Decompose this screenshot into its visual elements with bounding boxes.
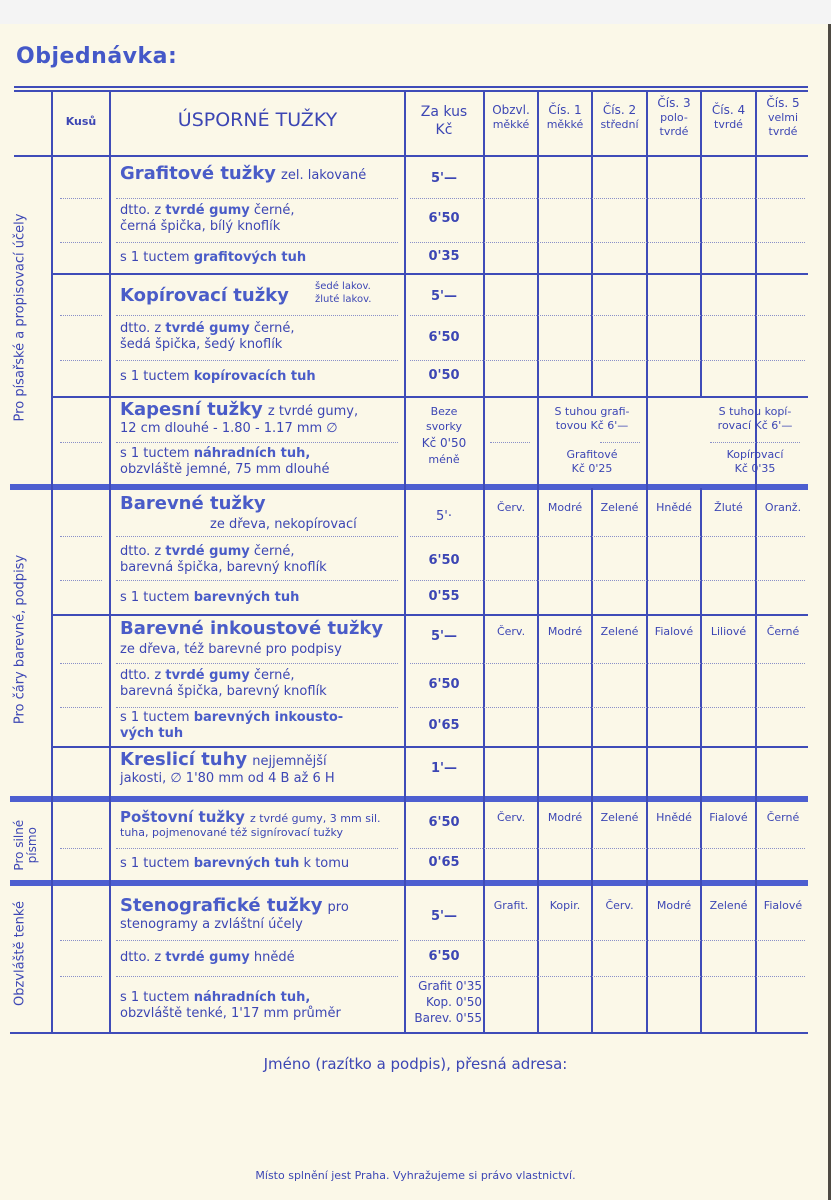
price: 0'65 (405, 856, 483, 871)
qty-input-kopirovaci[interactable] (53, 276, 108, 395)
col-rule (591, 92, 593, 396)
color-label: Zelené (701, 900, 756, 913)
section-rule (52, 746, 808, 748)
graphite-lead-note: S tuhou grafi-tovou Kč 6'— (538, 405, 646, 434)
form-title: Objednávka: (16, 44, 177, 69)
section-rule (52, 614, 808, 616)
product-variant: dtto. z tvrdé gumy hnědé (120, 950, 295, 966)
qty-input-stenograficke[interactable] (53, 887, 108, 1031)
section-rule (52, 396, 808, 398)
group-label-thin: Obzvláště tenké (13, 879, 28, 1029)
price: 6'50 (405, 950, 483, 965)
copy-refill-price: KopírovacíKč 0'35 (701, 448, 809, 477)
color-label: Hnědé (647, 502, 701, 515)
color-label: Modré (538, 502, 592, 515)
qty-input-barevne[interactable] (53, 491, 108, 613)
price: 5'— (405, 630, 483, 645)
color-label: Žluté (701, 502, 756, 515)
product-refill: s 1 tuctem barevných tuh k tomu (120, 856, 349, 872)
price: 5'· (405, 510, 483, 525)
color-label: Zelené (592, 812, 647, 825)
group-rule (10, 880, 808, 886)
product-grafitove: Grafitové tužky zel. lakované (120, 164, 366, 185)
copy-lead-note: S tuhou kopí-rovací Kč 6'— (701, 405, 809, 434)
color-label: Oranž. (756, 502, 810, 515)
group-label-colored: Pro čáry barevné, podpisy (13, 510, 28, 770)
color-label: Černé (756, 626, 810, 639)
price: 6'50 (405, 554, 483, 569)
product-refill: s 1 tuctem barevných tuh (120, 590, 299, 606)
top-rule (14, 86, 808, 88)
price: 5'— (405, 172, 483, 187)
product-variant: dtto. z tvrdé gumy černé, černá špička, … (120, 203, 295, 236)
color-label: Fialové (647, 626, 701, 639)
price-note: BezesvorkyKč 0'50méně (405, 404, 483, 467)
price: 6'50 (405, 816, 483, 831)
col-rule (646, 92, 648, 1032)
header-grade-3: Čís. 3polo-tvrdé (647, 96, 701, 139)
price: 0'65 (405, 719, 483, 734)
address-label: Jméno (razítko a podpis), přesná adresa: (0, 1056, 831, 1073)
product-inkoustove: Barevné inkoustové tužky (120, 619, 383, 640)
price: 0'55 (405, 590, 483, 605)
product-refill: s 1 tuctem kopírovacích tuh (120, 369, 316, 385)
price: 6'50 (405, 331, 483, 346)
color-label: Liliové (701, 626, 756, 639)
color-label: Modré (647, 900, 701, 913)
product-kreslici: Kreslicí tuhy nejjemnější jakosti, ∅ 1'8… (120, 750, 335, 787)
product-note: ze dřeva, nekopírovací (210, 517, 357, 533)
col-rule (537, 92, 539, 1032)
product-note: ze dřeva, též barevné pro podpisy (120, 642, 342, 658)
color-label: Červ. (592, 900, 647, 913)
header-qty: Kusů (52, 115, 110, 129)
group-label-strong: Pro silnépísmo (13, 807, 39, 883)
price: 6'50 (405, 212, 483, 227)
color-label: Fialové (701, 812, 756, 825)
section-rule (52, 273, 808, 275)
col-rule (109, 92, 111, 1032)
color-label: Modré (538, 812, 592, 825)
price: 1'— (405, 762, 483, 777)
color-label: Zelené (592, 626, 647, 639)
product-variant: dtto. z tvrdé gumy černé, barevná špička… (120, 544, 327, 577)
product-refill: s 1 tuctem náhradních tuh, obzvláště ten… (120, 990, 341, 1023)
product-variant: dtto. z tvrdé gumy černé, šedá špička, š… (120, 321, 295, 354)
product-barevne: Barevné tužky (120, 494, 266, 515)
qty-input-kapesni[interactable] (53, 399, 108, 483)
lead-type-label: Grafit. (484, 900, 538, 913)
price: 5'— (405, 910, 483, 925)
color-label: Hnědé (647, 812, 701, 825)
color-label: Fialové (756, 900, 810, 913)
refill-prices: Grafit 0'35 Kop. 0'50 Barev. 0'55 (406, 978, 482, 1027)
header-bottom-rule (14, 155, 808, 157)
lead-type-label: Kopir. (538, 900, 592, 913)
header-grade-2: Čís. 2střední (592, 103, 647, 132)
color-label: Červ. (484, 812, 538, 825)
header-grade-1: Čís. 1měkké (538, 103, 592, 132)
col-rule (755, 92, 757, 1032)
product-variant: dtto. z tvrdé gumy černé, barevná špička… (120, 668, 327, 701)
header-grade-obzvl: Obzvl.měkké (484, 103, 538, 132)
header-grade-4: Čís. 4tvrdé (701, 103, 756, 132)
color-label: Černé (756, 812, 810, 825)
header-product: ÚSPORNÉ TUŽKY (110, 110, 405, 132)
color-label: Červ. (484, 626, 538, 639)
group-rule (10, 796, 808, 802)
graphite-refill-price: GrafitovéKč 0'25 (538, 448, 646, 477)
product-kopirovaci: Kopírovací tužky (120, 286, 289, 307)
col-rule (591, 488, 593, 1032)
col-rule (700, 488, 702, 1032)
product-note: šedé lakov.žluté lakov. (315, 280, 371, 306)
col-rule (483, 92, 485, 1032)
header-grade-5: Čís. 5velmitvrdé (756, 96, 810, 139)
legal-note: Místo splnění jest Praha. Vyhražujeme si… (0, 1170, 831, 1183)
top-rule-2 (14, 90, 808, 92)
product-kapesni: Kapesní tužky z tvrdé gumy, 12 cm dlouhé… (120, 400, 358, 437)
price: 0'35 (405, 250, 483, 265)
product-postovni: Poštovní tužky z tvrdé gumy, 3 mm sil. t… (120, 808, 381, 841)
bottom-rule (10, 1032, 808, 1034)
color-label: Červ. (484, 502, 538, 515)
group-rule (10, 484, 808, 490)
price: 6'50 (405, 678, 483, 693)
product-refill: s 1 tuctem náhradních tuh, obzvláště jem… (120, 446, 330, 479)
group-label-writing: Pro písařské a propisovací účely (13, 168, 28, 468)
qty-input-grafitove[interactable] (53, 158, 108, 272)
product-stenograficke: Stenografické tužky pro stenogramy a zvl… (120, 896, 349, 933)
qty-input-inkoustove[interactable] (53, 617, 108, 745)
color-label: Modré (538, 626, 592, 639)
qty-input-postovni[interactable] (53, 803, 108, 879)
price: 5'— (405, 290, 483, 305)
color-label: Zelené (592, 502, 647, 515)
product-refill: s 1 tuctem grafitových tuh (120, 250, 306, 266)
qty-input-kreslici[interactable] (53, 749, 108, 795)
header-price: Za kusKč (405, 104, 483, 139)
product-refill: s 1 tuctem barevných inkousto- vých tuh (120, 710, 343, 743)
address-field[interactable] (120, 1080, 720, 1160)
price: 0'50 (405, 369, 483, 384)
